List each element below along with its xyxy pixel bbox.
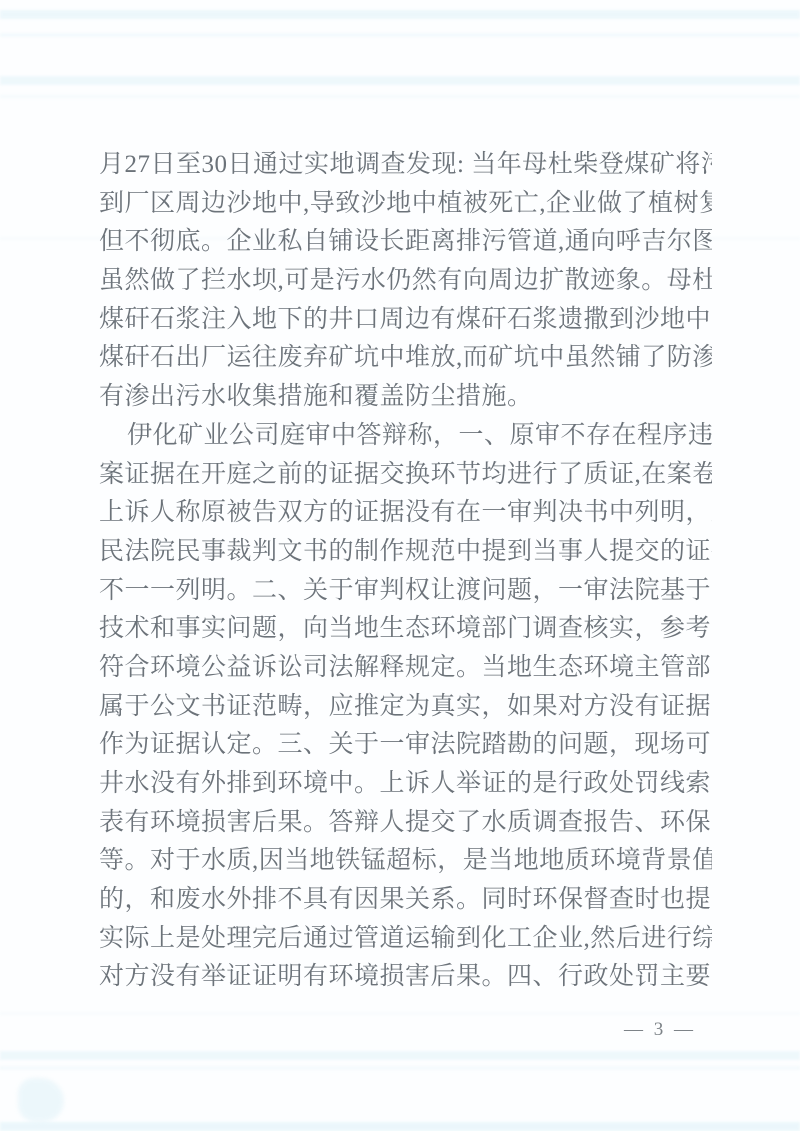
text-line: 井水没有外排到环境中。上诉人举证的是行政处罚线索，不能代 bbox=[99, 765, 712, 804]
text-line: 的，和废水外排不具有因果关系。同时环保督查时也提到矿井水 bbox=[99, 881, 712, 920]
text-line: 对方没有举证证明有环境损害后果。四、行政处罚主要是针对一 bbox=[99, 958, 712, 997]
text-line: 煤矸石浆注入地下的井口周边有煤矸石浆遗撒到沙地中的情况, bbox=[99, 301, 712, 340]
page-number: — 3 — bbox=[624, 1019, 696, 1041]
text-line: 等。对于水质,因当地铁锰超标，是当地地质环境背景值超标造成 bbox=[99, 842, 712, 881]
scan-streak bbox=[0, 1051, 800, 1060]
text-line: 作为证据认定。三、关于一审法院踏勘的问题，现场可以看出矿 bbox=[99, 726, 712, 765]
text-line: 表有环境损害后果。答辩人提交了水质调查报告、环保督查结论 bbox=[99, 804, 712, 843]
text-line: 案证据在开庭之前的证据交换环节均进行了质证,在案卷中均有。 bbox=[99, 456, 712, 495]
text-line: 实际上是处理完后通过管道运输到化工企业,然后进行综合利用。 bbox=[99, 920, 712, 959]
scan-streak bbox=[0, 10, 800, 19]
text-line: 不一一列明。二、关于审判权让渡问题，一审法院基于一些专业 bbox=[99, 572, 712, 611]
scan-smudge bbox=[18, 1078, 64, 1122]
scan-streak bbox=[0, 33, 800, 37]
text-line: 民法院民事裁判文书的制作规范中提到当事人提交的证据原则上 bbox=[99, 533, 712, 572]
text-line: 但不彻底。企业私自铺设长距离排污管道,通向呼吉尔图村草场, bbox=[99, 223, 712, 262]
scanned-document-page: 月27日至30日通过实地调查发现: 当年母杜柴登煤矿将污水排放 到厂区周边沙地中… bbox=[0, 0, 800, 1131]
text-line: 煤矸石出厂运往废弃矿坑中堆放,而矿坑中虽然铺了防渗膜,但没 bbox=[99, 339, 712, 378]
text-line: 属于公文书证范畴，应推定为真实，如果对方没有证据反驳，应 bbox=[99, 688, 712, 727]
text-line-paragraph-end: 有渗出污水收集措施和覆盖防尘措施。 bbox=[99, 378, 712, 417]
scan-streak bbox=[0, 1122, 800, 1131]
scan-streak bbox=[0, 95, 800, 98]
text-line-paragraph-start: 伊化矿业公司庭审中答辩称，一、原审不存在程序违法。涉 bbox=[99, 417, 712, 456]
text-line: 技术和事实问题，向当地生态环境部门调查核实，参考其意见, bbox=[99, 610, 712, 649]
document-body-text: 月27日至30日通过实地调查发现: 当年母杜柴登煤矿将污水排放 到厂区周边沙地中… bbox=[99, 146, 712, 997]
text-line: 到厂区周边沙地中,导致沙地中植被死亡,企业做了植树复绿工作, bbox=[99, 185, 712, 224]
text-line: 虽然做了拦水坝,可是污水仍然有向周边扩散迹象。母杜柴登煤矿 bbox=[99, 262, 712, 301]
text-line: 符合环境公益诉讼司法解释规定。当地生态环境主管部门的回函 bbox=[99, 649, 712, 688]
scan-streak bbox=[0, 76, 800, 85]
text-line: 月27日至30日通过实地调查发现: 当年母杜柴登煤矿将污水排放 bbox=[99, 146, 712, 185]
scan-streak bbox=[0, 1066, 800, 1070]
scan-streak bbox=[0, 1012, 800, 1015]
text-line: 上诉人称原被告双方的证据没有在一审判决书中列明，对此，人 bbox=[99, 494, 712, 533]
